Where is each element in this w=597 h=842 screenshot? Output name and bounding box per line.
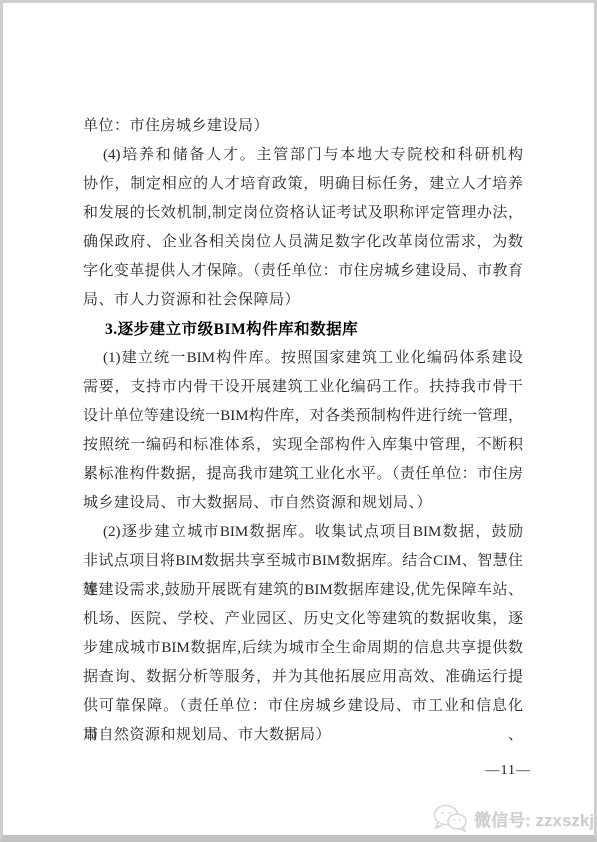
document-body: 单位：市住房城乡建设局）(4)培养和储备人才。主管部门与本地大专院校和科研机构协… bbox=[83, 112, 523, 750]
document-lines: 单位：市住房城乡建设局）(4)培养和储备人才。主管部门与本地大专院校和科研机构协… bbox=[83, 112, 523, 750]
text-line: 需要，支持市内骨干设开展建筑工业化编码工作。扶持我市骨干 bbox=[83, 373, 523, 402]
section-heading: 3.逐步建立市级BIM构件库和数据库 bbox=[83, 315, 523, 344]
text-line: (1)建立统一BIM构件库。按照国家建筑工业化编码体系建设 bbox=[83, 344, 523, 373]
text-line: 城乡建设局、市大数据局、市自然资源和规划局、） bbox=[83, 489, 523, 518]
text-line: 机场、医院、学校、产业园区、历史文化等建筑的数据收集，逐 bbox=[83, 605, 523, 634]
text-line: (4)培养和储备人才。主管部门与本地大专院校和科研机构 bbox=[83, 141, 523, 170]
watermark-label: 微信号: zzxszkj bbox=[474, 806, 594, 831]
text-line: 字化变革提供人才保障。（责任单位：市住房城乡建设局、市教育 bbox=[83, 257, 523, 286]
text-line: 等建设需求,鼓励开展既有建筑的BIM数据库建设,优先保障车站、 bbox=[83, 576, 523, 605]
text-line: 供可靠保障。（责任单位：市住房城乡建设局、市工业和信息化局、 bbox=[83, 692, 523, 721]
text-line: 设计单位等建设统一BIM构件库，对各类预制构件进行统一管理， bbox=[83, 402, 523, 431]
document-page: 单位：市住房城乡建设局）(4)培养和储备人才。主管部门与本地大专院校和科研机构协… bbox=[0, 0, 597, 842]
page-number: —11— bbox=[83, 763, 531, 779]
text-line: 步建成城市BIM数据库,后续为城市全生命周期的信息共享提供数 bbox=[83, 634, 523, 663]
text-line: (2)逐步建立城市BIM数据库。收集试点项目BIM数据，鼓励 bbox=[83, 518, 523, 547]
text-line: 累标准构件数据，提高我市建筑工业化水平。（责任单位：市住房 bbox=[83, 460, 523, 489]
watermark: 微信号: zzxszkj bbox=[433, 804, 594, 832]
text-line: 非试点项目将BIM数据共享至城市BIM数据库。结合CIM、智慧住建 bbox=[83, 547, 523, 576]
wechat-icon bbox=[433, 804, 467, 832]
text-line: 据查询、数据分析等服务，并为其他拓展应用高效、准确运行提 bbox=[83, 663, 523, 692]
text-line: 确保政府、企业各相关岗位人员满足数字化改革岗位需求，为数 bbox=[83, 228, 523, 257]
text-line: 和发展的长效机制,制定岗位资格认证考试及职称评定管理办法， bbox=[83, 199, 523, 228]
text-line: 单位：市住房城乡建设局） bbox=[83, 112, 523, 141]
text-line: 按照统一编码和标准体系，实现全部构件入库集中管理，不断积 bbox=[83, 431, 523, 460]
text-line: 局、市人力资源和社会保障局） bbox=[83, 286, 523, 315]
text-line: 协作，制定相应的人才培育政策，明确目标任务，建立人才培养 bbox=[83, 170, 523, 199]
